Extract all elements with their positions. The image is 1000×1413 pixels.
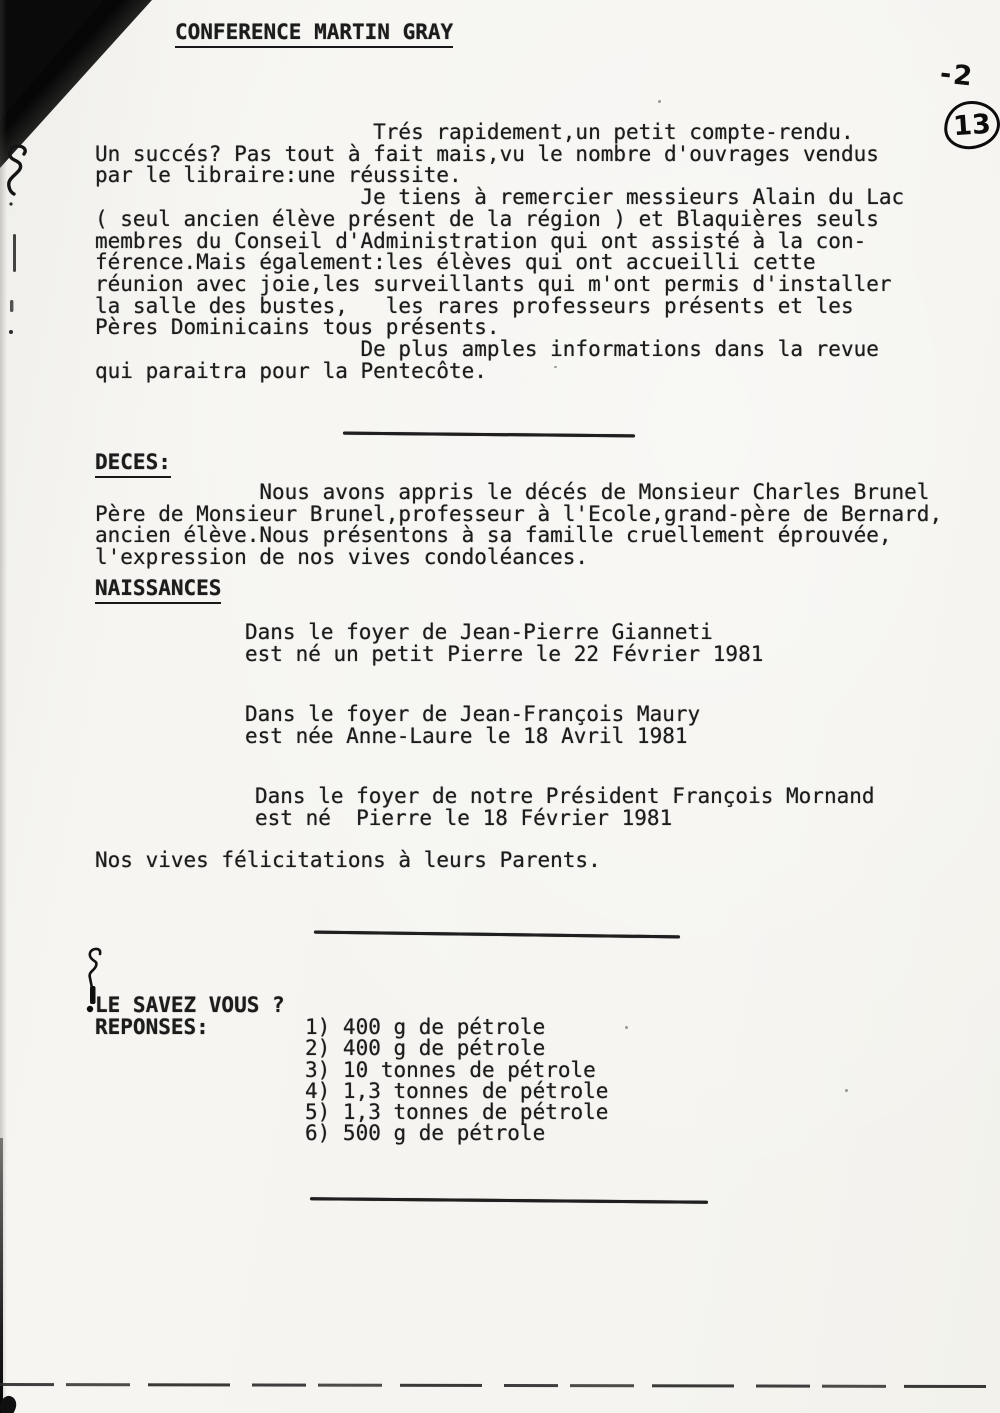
paper-speck: [658, 100, 661, 103]
section-divider-1: [343, 432, 635, 438]
section-divider-3: [310, 1197, 708, 1203]
circled-number-badge: 13: [942, 99, 1000, 151]
deces-heading-text: DECES:: [95, 450, 171, 478]
naissances-heading-text: NAISSANCES: [95, 576, 221, 604]
answer-item: 4) 1,3 tonnes de pétrole: [305, 1081, 608, 1102]
scanned-page: CONFERENCE MARTIN GRAY -2 13 Trés rapide…: [0, 0, 1000, 1413]
scan-left-edge-line: [0, 1138, 3, 1413]
answer-item: 3) 10 tonnes de pétrole: [305, 1060, 608, 1081]
birth-announcement: Dans le foyer de notre Président Françoi…: [255, 786, 875, 829]
felicitations-line: Nos vives félicitations à leurs Parents.: [95, 850, 601, 872]
handwritten-page-number: -2: [939, 60, 976, 90]
paper-speck: [625, 1026, 628, 1029]
savez-vous-heading: LE SAVEZ VOUS ?: [95, 995, 285, 1017]
answers-list: 1) 400 g de pétrole 2) 400 g de pétrole …: [305, 1017, 608, 1145]
scan-bottom-edge-line: [0, 1383, 1000, 1388]
section-divider-2: [314, 931, 680, 939]
answer-item: 6) 500 g de pétrole: [305, 1123, 608, 1144]
answer-item: 2) 400 g de pétrole: [305, 1038, 608, 1059]
birth-announcement: Dans le foyer de Jean-François Maury est…: [245, 704, 700, 747]
reponses-label: REPONSES:: [95, 1017, 209, 1039]
birth-announcement: Dans le foyer de Jean-Pierre Gianneti es…: [245, 622, 763, 665]
conference-paragraph: Trés rapidement,un petit compte-rendu. U…: [95, 122, 904, 382]
paper-speck: [845, 1089, 848, 1092]
circled-number-text: 13: [952, 110, 991, 140]
ink-squiggle-icon: [2, 142, 36, 362]
deces-heading: DECES:: [95, 452, 171, 474]
deces-paragraph: Nous avons appris le décés de Monsieur C…: [95, 482, 942, 569]
page-title: CONFERENCE MARTIN GRAY: [175, 22, 453, 44]
naissances-heading: NAISSANCES: [95, 578, 221, 600]
page-title-text: CONFERENCE MARTIN GRAY: [175, 20, 453, 48]
